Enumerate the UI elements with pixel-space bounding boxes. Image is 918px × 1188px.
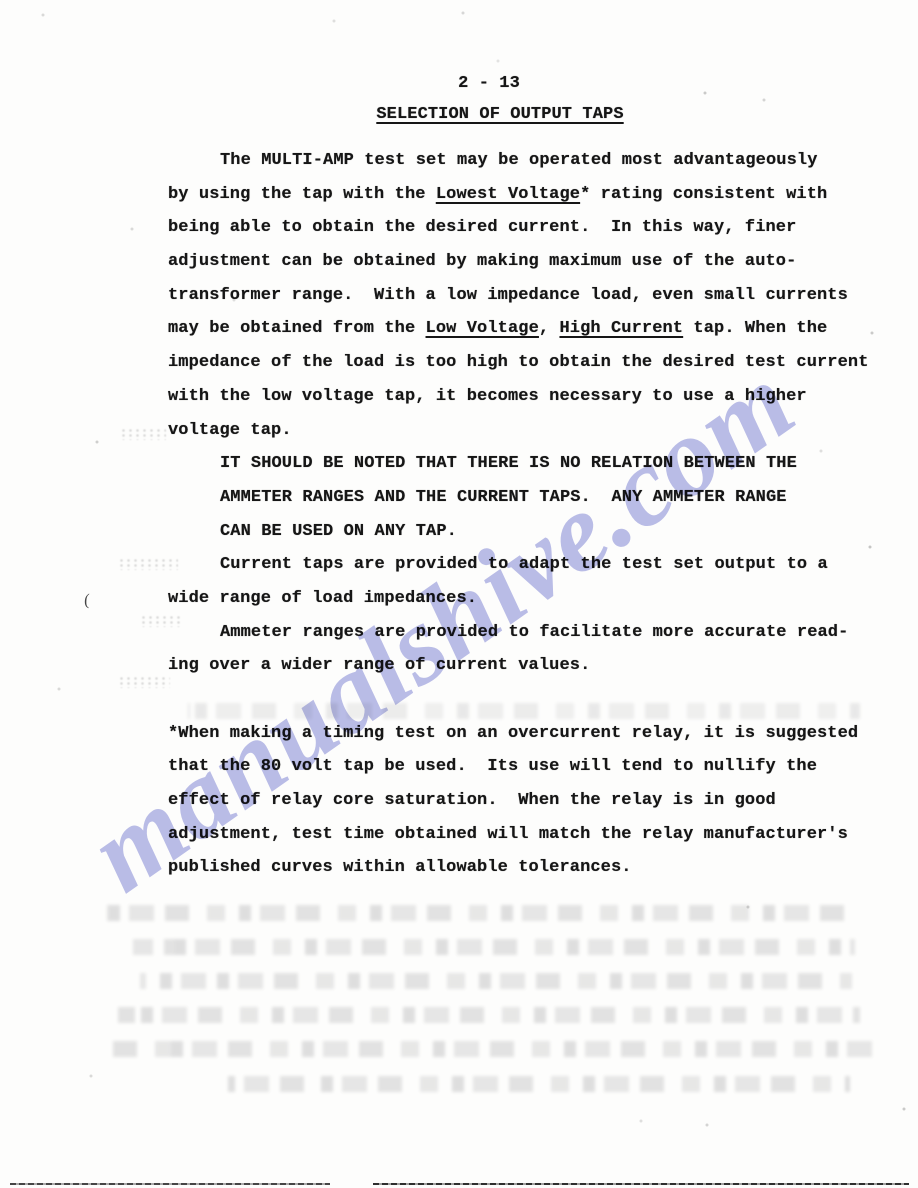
- scan-smudge: [140, 615, 180, 627]
- text-line: by using the tap with the Lowest Voltage…: [168, 185, 888, 219]
- ghost-text-line: [140, 973, 852, 989]
- text-segment: published curves within allowable tolera…: [168, 858, 632, 877]
- text-segment: wide range of load impedances.: [168, 589, 477, 608]
- text-line: transformer range. With a low impedance …: [168, 286, 888, 320]
- scan-smudge: [120, 428, 166, 440]
- text-segment: * rating consistent with: [580, 185, 827, 204]
- text-segment: that the 80 volt tap be used. Its use wi…: [168, 757, 817, 776]
- scan-noise-speckles: [0, 0, 2, 2]
- text-segment: effect of relay core saturation. When th…: [168, 791, 776, 810]
- text-segment: AMMETER RANGES AND THE CURRENT TAPS. ANY…: [220, 488, 787, 507]
- ghost-text-line: [228, 1076, 850, 1092]
- ghost-text-line: [133, 939, 855, 955]
- text-segment: with the low voltage tap, it becomes nec…: [168, 387, 807, 406]
- scan-edge-artifact: [10, 1183, 330, 1185]
- text-segment: CAN BE USED ON ANY TAP.: [220, 522, 457, 541]
- text-segment: impedance of the load is too high to obt…: [168, 353, 869, 372]
- scanned-document-page: 2 - 13 SELECTION OF OUTPUT TAPS The MULT…: [0, 0, 918, 1188]
- body-text: The MULTI-AMP test set may be operated m…: [168, 151, 888, 892]
- text-line: being able to obtain the desired current…: [168, 218, 888, 252]
- text-segment: being able to obtain the desired current…: [168, 218, 796, 237]
- text-segment: by using the tap with the: [168, 185, 436, 204]
- text-segment: adjustment, test time obtained will matc…: [168, 825, 848, 844]
- page-title: SELECTION OF OUTPUT TAPS: [0, 105, 918, 124]
- text-segment: The MULTI-AMP test set may be operated m…: [220, 151, 818, 170]
- text-line: The MULTI-AMP test set may be operated m…: [168, 151, 888, 185]
- text-line: CAN BE USED ON ANY TAP.: [168, 522, 888, 556]
- ghost-text-line: [112, 1041, 882, 1057]
- ghost-text-line: [105, 905, 860, 921]
- text-line: adjustment can be obtained by making max…: [168, 252, 888, 286]
- text-line: ing over a wider range of current values…: [168, 656, 888, 690]
- scan-smudge: [118, 558, 178, 570]
- text-line: IT SHOULD BE NOTED THAT THERE IS NO RELA…: [168, 454, 888, 488]
- text-line: voltage tap.: [168, 421, 888, 455]
- page-number: 2 - 13: [0, 74, 918, 93]
- stray-pen-mark: (: [83, 592, 91, 611]
- text-line: effect of relay core saturation. When th…: [168, 791, 888, 825]
- text-segment: IT SHOULD BE NOTED THAT THERE IS NO RELA…: [220, 454, 797, 473]
- ghost-text-line: [118, 1007, 860, 1023]
- text-line: published curves within allowable tolera…: [168, 858, 888, 892]
- text-segment: *When making a timing test on an overcur…: [168, 724, 858, 743]
- underlined-text: Lowest Voltage: [436, 185, 580, 204]
- text-segment: adjustment can be obtained by making max…: [168, 252, 796, 271]
- text-line: Current taps are provided to adapt the t…: [168, 555, 888, 589]
- underlined-text: High Current: [559, 319, 683, 338]
- text-segment: tap. When the: [683, 319, 827, 338]
- scan-smudge: [118, 676, 170, 688]
- text-line: impedance of the load is too high to obt…: [168, 353, 888, 387]
- scan-edge-artifact: [373, 1183, 909, 1185]
- page-title-text: SELECTION OF OUTPUT TAPS: [376, 105, 623, 124]
- text-line: Ammeter ranges are provided to facilitat…: [168, 623, 888, 657]
- text-segment: may be obtained from the: [168, 319, 426, 338]
- underlined-text: Low Voltage: [426, 319, 539, 338]
- text-segment: transformer range. With a low impedance …: [168, 286, 848, 305]
- text-line: adjustment, test time obtained will matc…: [168, 825, 888, 859]
- ghost-text-line: [188, 703, 860, 719]
- text-segment: ,: [539, 319, 560, 338]
- text-line: AMMETER RANGES AND THE CURRENT TAPS. ANY…: [168, 488, 888, 522]
- text-line: *When making a timing test on an overcur…: [168, 724, 888, 758]
- text-line: may be obtained from the Low Voltage, Hi…: [168, 319, 888, 353]
- text-line: wide range of load impedances.: [168, 589, 888, 623]
- text-segment: Ammeter ranges are provided to facilitat…: [220, 623, 848, 642]
- text-line: with the low voltage tap, it becomes nec…: [168, 387, 888, 421]
- text-line: that the 80 volt tap be used. Its use wi…: [168, 757, 888, 791]
- text-segment: ing over a wider range of current values…: [168, 656, 590, 675]
- text-segment: voltage tap.: [168, 421, 292, 440]
- text-segment: Current taps are provided to adapt the t…: [220, 555, 828, 574]
